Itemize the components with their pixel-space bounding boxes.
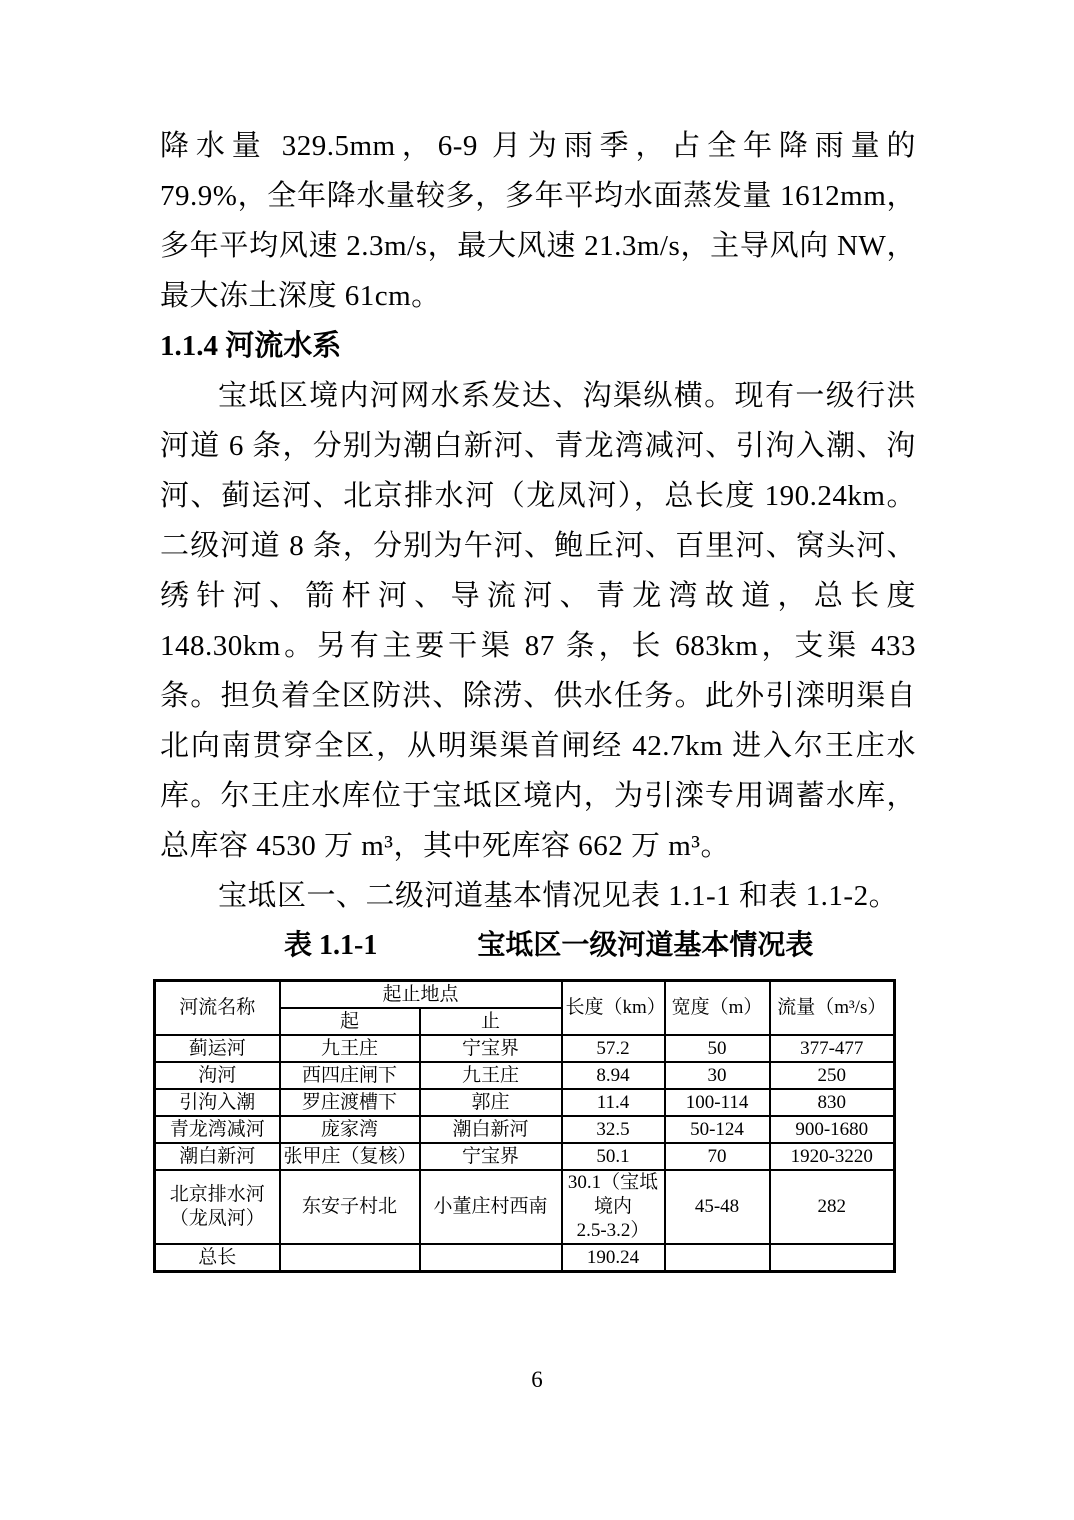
cell-flow: 282 (770, 1170, 895, 1244)
table-caption-title: 宝坻区一级河道基本情况表 (477, 923, 813, 969)
table-row-juhe: 泃河 西四庄闸下 九王庄 8.94 30 250 (155, 1062, 895, 1089)
cell-flow: 1920-3220 (770, 1143, 895, 1170)
header-endpoints: 起止地点 (280, 981, 562, 1009)
cell-name: 总长 (155, 1244, 280, 1272)
table-caption-label: 表 1.1-1 (284, 923, 377, 969)
header-end: 止 (420, 1008, 562, 1035)
table-row-chaobaixinhe: 潮白新河 张甲庄（复核） 宁宝界 50.1 70 1920-3220 (155, 1143, 895, 1170)
cell-width: 45-48 (665, 1170, 770, 1244)
cell-end: 宁宝界 (420, 1035, 562, 1062)
cell-name: 蓟运河 (155, 1035, 280, 1062)
paragraph-rivers: 宝坻区境内河网水系发达、沟渠纵横。现有一级行洪河道 6 条，分别为潮白新河、青龙… (160, 371, 916, 871)
cell-start: 东安子村北 (280, 1170, 420, 1244)
cell-start: 庞家湾 (280, 1116, 420, 1143)
cell-name: 泃河 (155, 1062, 280, 1089)
paragraph-table-ref: 宝坻区一、二级河道基本情况见表 1.1-1 和表 1.1-2。 (160, 871, 916, 921)
document-content: 降水量 329.5mm，6-9 月为雨季，占全年降雨量的 79.9%，全年降水量… (160, 121, 916, 1273)
cell-name: 青龙湾减河 (155, 1116, 280, 1143)
cell-length: 190.24 (562, 1244, 665, 1272)
cell-width (665, 1244, 770, 1272)
header-width: 宽度（m） (665, 981, 770, 1036)
cell-length: 32.5 (562, 1116, 665, 1143)
cell-length: 30.1（宝坻 境内 2.5-3.2） (562, 1170, 665, 1244)
cell-width: 50-124 (665, 1116, 770, 1143)
table-row-total: 总长 190.24 (155, 1244, 895, 1272)
cell-flow: 830 (770, 1089, 895, 1116)
cell-start: 罗庄渡槽下 (280, 1089, 420, 1116)
table-row-beijingpaishuihe: 北京排水河 （龙凤河） 东安子村北 小董庄村西南 30.1（宝坻 境内 2.5-… (155, 1170, 895, 1244)
cell-flow: 250 (770, 1062, 895, 1089)
cell-width: 100-114 (665, 1089, 770, 1116)
cell-flow: 900-1680 (770, 1116, 895, 1143)
table-header-row-1: 河流名称 起止地点 长度（km） 宽度（m） 流量（m³/s） (155, 981, 895, 1009)
cell-name: 北京排水河 （龙凤河） (155, 1170, 280, 1244)
cell-length: 57.2 (562, 1035, 665, 1062)
cell-end: 郭庄 (420, 1089, 562, 1116)
cell-end (420, 1244, 562, 1272)
cell-flow: 377-477 (770, 1035, 895, 1062)
cell-start: 张甲庄（复核） (280, 1143, 420, 1170)
section-heading-1-1-4: 1.1.4 河流水系 (160, 321, 916, 371)
table-row-jiyunhe: 蓟运河 九王庄 宁宝界 57.2 50 377-477 (155, 1035, 895, 1062)
table-row-yinjuruchao: 引泃入潮 罗庄渡槽下 郭庄 11.4 100-114 830 (155, 1089, 895, 1116)
cell-width: 50 (665, 1035, 770, 1062)
cell-length: 50.1 (562, 1143, 665, 1170)
cell-name: 引泃入潮 (155, 1089, 280, 1116)
cell-start: 西四庄闸下 (280, 1062, 420, 1089)
header-length: 长度（km） (562, 981, 665, 1036)
header-river-name: 河流名称 (155, 981, 280, 1036)
header-start: 起 (280, 1008, 420, 1035)
cell-length: 11.4 (562, 1089, 665, 1116)
cell-width: 70 (665, 1143, 770, 1170)
cell-flow (770, 1244, 895, 1272)
paragraph-climate: 降水量 329.5mm，6-9 月为雨季，占全年降雨量的 79.9%，全年降水量… (160, 121, 916, 321)
cell-start (280, 1244, 420, 1272)
cell-start: 九王庄 (280, 1035, 420, 1062)
cell-end: 宁宝界 (420, 1143, 562, 1170)
table-row-qinglongwanjianhe: 青龙湾减河 庞家湾 潮白新河 32.5 50-124 900-1680 (155, 1116, 895, 1143)
cell-end: 潮白新河 (420, 1116, 562, 1143)
river-basic-info-table: 河流名称 起止地点 长度（km） 宽度（m） 流量（m³/s） 起 止 蓟运河 … (153, 979, 896, 1273)
cell-name: 潮白新河 (155, 1143, 280, 1170)
cell-width: 30 (665, 1062, 770, 1089)
cell-length: 8.94 (562, 1062, 665, 1089)
header-flow: 流量（m³/s） (770, 981, 895, 1036)
cell-end: 小董庄村西南 (420, 1170, 562, 1244)
table-caption: 表 1.1-1 宝坻区一级河道基本情况表 (160, 923, 916, 969)
document-page: 降水量 329.5mm，6-9 月为雨季，占全年降雨量的 79.9%，全年降水量… (0, 0, 1074, 1520)
cell-end: 九王庄 (420, 1062, 562, 1089)
page-number: 6 (0, 1366, 1074, 1394)
